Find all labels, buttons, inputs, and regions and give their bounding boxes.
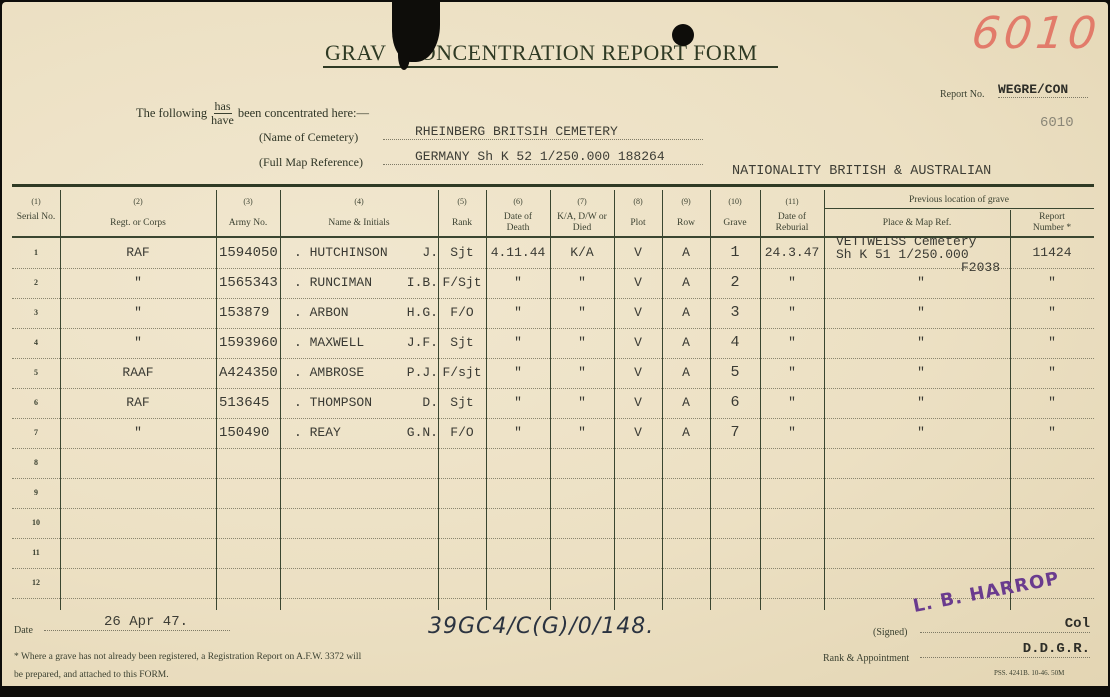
cell-regt: " (60, 418, 216, 448)
cell-place-mapref: " (836, 418, 1006, 448)
cell-row: A (662, 358, 710, 388)
cell-report-number: " (1010, 328, 1094, 358)
header-kadw: (7)K/A, D/W or Died (550, 190, 614, 236)
serial-number: 12 (12, 568, 60, 598)
cell-row: A (662, 328, 710, 358)
form-title: GRAVCONCENTRATION REPORT FORM (325, 40, 758, 66)
header-name: (4)Name & Initials (280, 190, 438, 236)
cell-place-mapref: " (836, 328, 1006, 358)
cell-rank: F/O (438, 418, 486, 448)
cell-name: . MAXWELL (280, 328, 390, 358)
paper-tear-tail (398, 40, 410, 70)
row-divider (12, 508, 1094, 509)
date-label: Date (14, 625, 33, 636)
header-regt: (2)Regt. or Corps (60, 190, 216, 236)
serial-number: 3 (12, 298, 60, 328)
has-option: has (214, 100, 232, 114)
cell-place-mapref: " (836, 358, 1006, 388)
cell-regt: " (60, 298, 216, 328)
intro-prefix: The following (136, 106, 207, 121)
header-previous-location: Previous location of grave (824, 190, 1094, 208)
row-divider (12, 538, 1094, 539)
header-row: (9)Row (662, 190, 710, 236)
report-no-label: Report No. (940, 89, 984, 100)
cell-plot: V (614, 388, 662, 418)
rank-appointment-label: Rank & Appointment (823, 653, 909, 664)
cell-rank: Sjt (438, 388, 486, 418)
cell-place-mapref: " (836, 268, 1006, 298)
cell-grave: 4 (710, 328, 760, 358)
header-reburial: (11)Date of Reburial (760, 190, 824, 236)
cell-reburial: 24.3.47 (760, 238, 824, 268)
cell-name: . REAY (280, 418, 390, 448)
cell-initials: D. (386, 388, 438, 418)
cell-kadw: " (550, 328, 614, 358)
header-rank: (5)Rank (438, 190, 486, 236)
cell-kadw: " (550, 358, 614, 388)
cell-reburial: " (760, 418, 824, 448)
cell-report-number: " (1010, 388, 1094, 418)
cell-rank: F/sjt (438, 358, 486, 388)
row-divider (12, 448, 1094, 449)
rank-appointment-field: D.D.G.R. (920, 641, 1090, 658)
cell-rank: F/O (438, 298, 486, 328)
serial-number: 11 (12, 538, 60, 568)
punch-hole (672, 24, 694, 46)
cell-regt: RAF (60, 238, 216, 268)
cell-kadw: " (550, 388, 614, 418)
cell-date-death: " (486, 418, 550, 448)
cell-name: . ARBON (280, 298, 390, 328)
cell-name: . RUNCIMAN (280, 268, 390, 298)
cell-report-number: " (1010, 418, 1094, 448)
row-divider (12, 478, 1094, 479)
intro-text: The following has have been concentrated… (136, 100, 369, 127)
cell-reburial: " (760, 268, 824, 298)
row-divider (12, 568, 1094, 569)
cell-row: A (662, 388, 710, 418)
cell-reburial: " (760, 328, 824, 358)
header-army-no: (3)Army No. (216, 190, 280, 236)
header-subdivider (824, 208, 1094, 209)
cell-army-no: 1565343 (216, 268, 280, 298)
cell-date-death: " (486, 268, 550, 298)
cell-army-no: 150490 (216, 418, 280, 448)
cell-regt: " (60, 268, 216, 298)
cell-date-death: " (486, 358, 550, 388)
header-grave: (10)Grave (710, 190, 760, 236)
cell-reburial: " (760, 388, 824, 418)
header-rule (12, 184, 1094, 187)
cell-report-number: " (1010, 358, 1094, 388)
footnote-line-2: be prepared, and attached to this FORM. (14, 670, 169, 680)
cell-reburial: " (760, 358, 824, 388)
mapref-field: GERMANY Sh K 52 1/250.000 188264 (383, 149, 703, 165)
graves-table: (1)Serial No. (2)Regt. or Corps (3)Army … (12, 190, 1094, 610)
cell-report-number: " (1010, 298, 1094, 328)
cell-initials: J.F. (386, 328, 438, 358)
date-field: 26 Apr 47. (44, 614, 230, 631)
cell-plot: V (614, 298, 662, 328)
cell-initials: I.B. (386, 268, 438, 298)
cell-rank: Sjt (438, 328, 486, 358)
cell-row: A (662, 298, 710, 328)
cemetery-label: (Name of Cemetery) (259, 130, 358, 145)
cell-date-death: " (486, 328, 550, 358)
serial-number: 8 (12, 448, 60, 478)
cell-date-death: " (486, 298, 550, 328)
cell-name: . THOMPSON (280, 388, 390, 418)
serial-number: 2 (12, 268, 60, 298)
cell-army-no: A424350 (216, 358, 280, 388)
cell-date-death: " (486, 388, 550, 418)
signed-field: Col (920, 616, 1090, 633)
cell-kadw: K/A (550, 238, 614, 268)
serial-number: 6 (12, 388, 60, 418)
mapref-label: (Full Map Reference) (259, 155, 363, 170)
cell-reburial: " (760, 298, 824, 328)
cell-plot: V (614, 238, 662, 268)
cell-grave: 5 (710, 358, 760, 388)
have-option: have (211, 114, 234, 127)
title-underline (323, 66, 778, 68)
cell-grave: 6 (710, 388, 760, 418)
cell-initials: H.G. (386, 298, 438, 328)
header-report-number: Report Number * (1010, 210, 1094, 236)
has-have-choice: has have (211, 100, 234, 127)
cell-grave: 1 (710, 238, 760, 268)
serial-number: 9 (12, 478, 60, 508)
report-no-value: WEGRE/CON (998, 82, 1088, 98)
cell-grave: 2 (710, 268, 760, 298)
cell-plot: V (614, 268, 662, 298)
cell-report-number: " (1010, 268, 1094, 298)
cell-rank: Sjt (438, 238, 486, 268)
cell-kadw: " (550, 418, 614, 448)
header-serial: (1)Serial No. (12, 190, 60, 236)
serial-number: 4 (12, 328, 60, 358)
cell-row: A (662, 268, 710, 298)
cell-name: . HUTCHINSON (280, 238, 390, 268)
header-date-death: (6)Date of Death (486, 190, 550, 236)
serial-number: 7 (12, 418, 60, 448)
cell-regt: RAAF (60, 358, 216, 388)
serial-number: 1 (12, 238, 60, 268)
cell-kadw: " (550, 298, 614, 328)
cell-rank: F/Sjt (438, 268, 486, 298)
cell-row: A (662, 238, 710, 268)
cell-date-death: 4.11.44 (486, 238, 550, 268)
intro-suffix: been concentrated here:— (238, 106, 369, 121)
cell-plot: V (614, 418, 662, 448)
cell-row: A (662, 418, 710, 448)
cell-army-no: 513645 (216, 388, 280, 418)
print-code: PSS. 4241B. 10-46. 50M (994, 669, 1064, 677)
serial-number: 5 (12, 358, 60, 388)
cell-army-no: 153879 (216, 298, 280, 328)
cell-place-mapref: " (836, 388, 1006, 418)
red-annotation-number: 6010 (969, 8, 1102, 59)
report-no-sub: 6010 (1040, 115, 1074, 131)
cell-regt: RAF (60, 388, 216, 418)
cell-report-number: 11424 (1010, 238, 1094, 268)
cell-regt: " (60, 328, 216, 358)
cell-place-mapref: " (836, 298, 1006, 328)
footnote-line-1: * Where a grave has not already been reg… (14, 652, 361, 662)
cell-army-no: 1594050 (216, 238, 280, 268)
handwritten-reference: 39GC4/C(G)/0/148. (428, 614, 654, 639)
serial-number: 10 (12, 508, 60, 538)
cell-grave: 7 (710, 418, 760, 448)
cell-initials: P.J. (386, 358, 438, 388)
cemetery-field: RHEINBERG BRITSIH CEMETERY (383, 124, 703, 140)
cell-name: . AMBROSE (280, 358, 390, 388)
cell-plot: V (614, 328, 662, 358)
header-place-mapref: Place & Map Ref. (824, 214, 1010, 236)
signed-label: (Signed) (873, 627, 907, 638)
header-plot: (8)Plot (614, 190, 662, 236)
cell-plot: V (614, 358, 662, 388)
cell-initials: J. (386, 238, 438, 268)
cell-initials: G.N. (386, 418, 438, 448)
nationality-field: NATIONALITY BRITISH & AUSTRALIAN (732, 164, 991, 179)
cell-kadw: " (550, 268, 614, 298)
cell-grave: 3 (710, 298, 760, 328)
cell-army-no: 1593960 (216, 328, 280, 358)
